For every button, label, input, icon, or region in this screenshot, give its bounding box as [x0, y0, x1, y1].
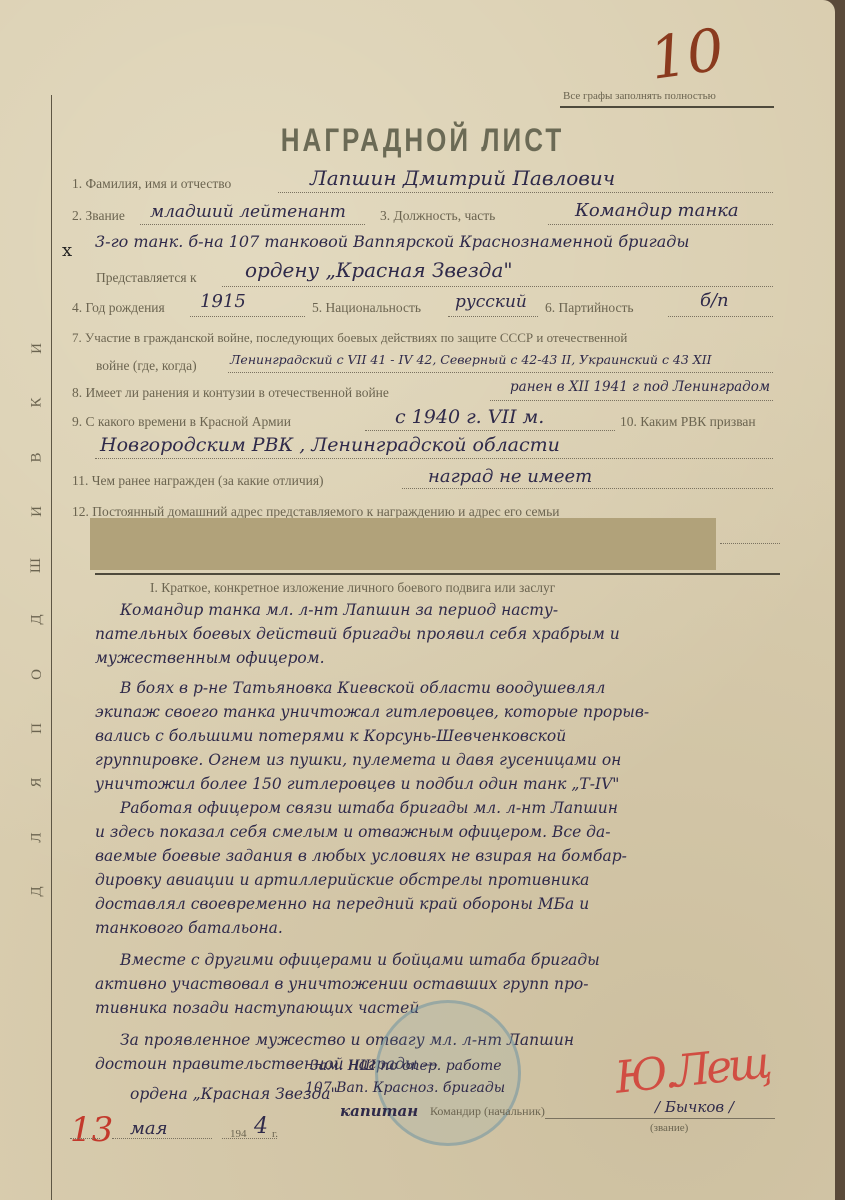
field-3-value: Командир танка [575, 200, 739, 221]
margin-letter: И [29, 343, 46, 354]
field-3-value-continued: 3-го танк. б-на 107 танковой Ваппярской … [95, 232, 689, 251]
field-5-line [448, 316, 538, 317]
story-line: Вместе с другими офицерами и бойцами шта… [95, 948, 795, 972]
date-day: 13 [70, 1110, 113, 1150]
rank-label: (звание) [650, 1122, 688, 1134]
presented-line [222, 286, 773, 287]
margin-letter: О [29, 669, 46, 680]
field-1-label: 1. Фамилия, имя и отчество [72, 176, 231, 192]
field-10-line [95, 458, 773, 459]
field-9-value: с 1940 г. VII м. [395, 406, 544, 428]
story-line: группировке. Огнем из пушки, пулемета и … [95, 748, 795, 772]
story-line: В боях в р-не Татьяновка Киевской област… [95, 676, 795, 700]
signer-position-2: 107 Вап. Красноз. бригады [305, 1080, 505, 1096]
margin-letter: К [28, 398, 45, 408]
story-line: доставлял своевременно на передний край … [95, 892, 795, 916]
field-7-value: Ленинградский с VII 41 - IV 42, Северный… [230, 352, 712, 367]
margin-letter: Я [28, 778, 45, 788]
field-8-label: 8. Имеет ли ранения и контузии в отечест… [72, 385, 389, 401]
field-6-label: 6. Партийность [545, 300, 634, 316]
date-year-prefix: 194 [230, 1128, 247, 1140]
field-4-value: 1915 [200, 291, 246, 312]
date-month: мая [130, 1118, 168, 1139]
story-line: ваемые боевые задания в любых условиях н… [95, 844, 795, 868]
margin-letter: И [29, 506, 46, 517]
field-6-value: б/п [700, 290, 729, 311]
field-6-line [668, 316, 773, 317]
signer-name: / Бычков / [655, 1098, 734, 1116]
field-8-line [490, 400, 773, 401]
field-4-line [190, 316, 305, 317]
field-2-label: 2. Звание [72, 208, 125, 224]
margin-letter: Д [28, 886, 45, 896]
field-5-label: 5. Национальность [312, 300, 421, 316]
story-line: и здесь показал себя смелым и отважным о… [95, 820, 795, 844]
field-2-line [140, 224, 365, 225]
instruction-note: Все графы заполнять полностью [563, 90, 716, 102]
archive-number: 10 [646, 15, 729, 93]
presented-value: ордену „Красная Звезда" [245, 258, 513, 282]
field-11-label: 11. Чем ранее награжден (за какие отличи… [72, 473, 324, 489]
note-underline [560, 106, 774, 108]
margin-letter: Ш [28, 558, 45, 573]
story-line: мужественным офицером. [95, 646, 795, 670]
margin-letter: Л [29, 832, 46, 842]
margin-letter: Д [28, 615, 45, 625]
section-heading: I. Краткое, конкретное изложение личного… [150, 580, 555, 596]
field-8-value: ранен в XII 1941 г под Ленинградом [510, 379, 770, 395]
margin-letter: П [29, 723, 46, 734]
story-line: пательных боевых действий бригады прояви… [95, 622, 795, 646]
date-day-line [70, 1138, 100, 1139]
story-line: уничтожил более 150 гитлеровцев и подбил… [95, 772, 795, 796]
field-12-line [720, 543, 780, 544]
field-2-value: младший лейтенант [150, 202, 346, 222]
commander-label: Командир (начальник) [430, 1104, 545, 1119]
field-5-value: русский [455, 292, 527, 312]
field-7-label: 7. Участие в гражданской войне, последую… [72, 330, 627, 346]
redacted-address-block [90, 518, 716, 570]
field-7-line [228, 372, 773, 373]
field-7-label-2: войне (где, когда) [96, 358, 197, 374]
field-10-value: Новгородским РВК , Ленинградской области [100, 434, 560, 456]
story-line: дировку авиации и артиллерийские обстрел… [95, 868, 795, 892]
date-year-suffix: 4 [254, 1114, 268, 1139]
presented-label: Представляется к [96, 270, 197, 286]
field-9-label: 9. С какого времени в Красной Армии [72, 414, 291, 430]
field-9-line [365, 430, 615, 431]
signature-line [545, 1118, 775, 1119]
field-1-value: Лапшин Дмитрий Павлович [310, 166, 615, 190]
story-line: вались с большими потерями к Корсунь-Шев… [95, 724, 795, 748]
story-line: активно участвовал в уничтожении оставши… [95, 972, 795, 996]
margin-vertical-text: Д Л Я П О Д Ш И В К И [22, 340, 52, 900]
field-11-line [402, 488, 773, 489]
field-1-line [278, 192, 773, 193]
margin-mark: x [62, 240, 72, 261]
field-3-label: 3. Должность, часть [380, 208, 495, 224]
story-line: Командир танка мл. л-нт Лапшин за период… [95, 598, 795, 622]
story-line: экипаж своего танка уничтожал гитлеровце… [95, 700, 795, 724]
date-year-label: г. [272, 1128, 278, 1140]
signer-rank: капитан [340, 1102, 418, 1120]
story-line: Работая офицером связи штаба бригады мл.… [95, 796, 795, 820]
signer-position-1: Зам. НШ по опер. работе [310, 1058, 502, 1074]
field-4-label: 4. Год рождения [72, 300, 165, 316]
award-sheet-paper: 10 Все графы заполнять полностью Д Л Я П… [0, 0, 835, 1200]
story-line: танкового батальона. [95, 916, 795, 940]
field-11-value: наград не имеет [428, 466, 592, 487]
margin-letter: В [28, 452, 45, 462]
document-title: НАГРАДНОЙ ЛИСТ [0, 121, 845, 160]
section-divider [95, 573, 780, 575]
field-10-label: 10. Каким РВК призван [620, 414, 756, 430]
field-3-line [548, 224, 773, 225]
